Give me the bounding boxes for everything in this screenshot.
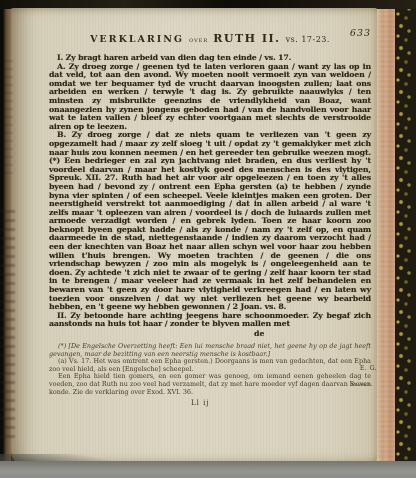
catchword: de: [254, 329, 371, 338]
page-number: 633: [350, 28, 371, 39]
running-title-over: over: [189, 35, 208, 44]
main-text: I. Zy bragt haren arbeid van dien dag te…: [49, 54, 371, 329]
book-photo: VERKLARING over RUTH II. vs. 17-23. 633 …: [0, 0, 416, 478]
paragraph: II. Zy betoonde hare achting jeegens har…: [49, 312, 371, 329]
footnote-block: (*) [De Engelsche Overzetting heeft: Een…: [49, 343, 371, 396]
desk-surface: [0, 461, 416, 478]
marbled-board-edge: [395, 0, 416, 478]
footnote: (a) Vs. 17. Het was omtrent een Epha ger…: [49, 358, 371, 373]
gutter-text-bleed-upper: [3, 60, 13, 180]
footnote: (*) [De Engelsche Overzetting heeft: Een…: [49, 343, 371, 358]
page-content: VERKLARING over RUTH II. vs. 17-23. 633 …: [49, 19, 371, 407]
running-title-verklaring: VERKLARING: [90, 34, 184, 45]
paragraph: B. Zy droeg zorge / dat ze niets quam te…: [49, 131, 371, 311]
signature-mark: Ll ij: [191, 399, 371, 407]
running-title-ruth: RUTH II.: [213, 32, 280, 45]
running-title-verses: vs. 17-23.: [286, 35, 330, 44]
footnote: Een Epha hield tien gomers, en een gomer…: [49, 373, 371, 396]
margin-note-starke: Starke.: [350, 381, 373, 389]
footnote-list: (*) [De Engelsche Overzetting heeft: Een…: [49, 343, 371, 396]
running-header: VERKLARING over RUTH II. vs. 17-23. 633: [49, 27, 371, 45]
paragraph: A. Zy droeg zorge / geenen tyd te laten …: [49, 63, 371, 132]
margin-note-eg: E. G.: [360, 365, 377, 373]
gutter-text-bleed: [1, 210, 15, 440]
book-page: VERKLARING over RUTH II. vs. 17-23. 633 …: [11, 8, 377, 464]
